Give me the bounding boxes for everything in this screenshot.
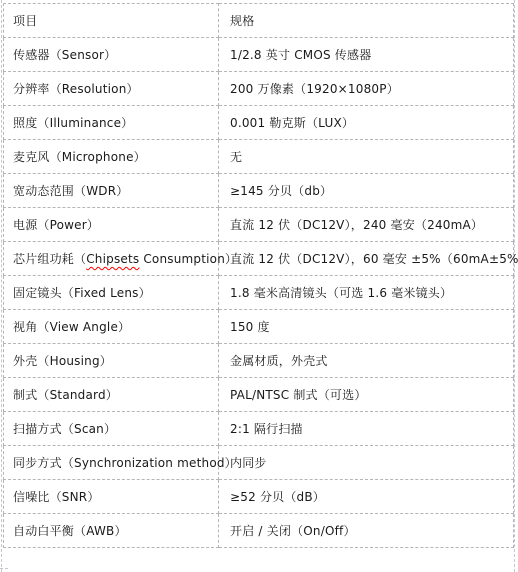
spec-item-cell: 电源（Power）	[4, 208, 219, 242]
spec-value-cell: 2:1 隔行扫描	[219, 412, 514, 446]
spec-value-cell: 内同步	[219, 446, 514, 480]
spec-item-cell: 照度（Illuminance）	[4, 106, 219, 140]
spec-value-cell: ≥145 分贝（db）	[219, 174, 514, 208]
spec-value-cell: 无	[219, 140, 514, 174]
item-text-suffix: Consumption）	[139, 252, 237, 266]
spec-value-cell: 金属材质，外壳式	[219, 344, 514, 378]
table-row-standard: 制式（Standard） PAL/NTSC 制式（可选）	[4, 378, 514, 412]
table-row-illuminance: 照度（Illuminance） 0.001 勒克斯（LUX）	[4, 106, 514, 140]
misspelled-word: Chipsets	[86, 252, 139, 266]
table-row-fixed-lens: 固定镜头（Fixed Lens） 1.8 毫米高清镜头（可选 1.6 毫米镜头）	[4, 276, 514, 310]
spec-value-cell: 1/2.8 英寸 CMOS 传感器	[219, 38, 514, 72]
table-row-scan: 扫描方式（Scan） 2:1 隔行扫描	[4, 412, 514, 446]
spec-value-cell: 200 万像素（1920×1080P）	[219, 72, 514, 106]
table-row-chipsets-consumption: 芯片组功耗（Chipsets Consumption） 直流 12 伏（DC12…	[4, 242, 514, 276]
spec-item-cell: 信噪比（SNR）	[4, 480, 219, 514]
spec-item-cell: 麦克风（Microphone）	[4, 140, 219, 174]
table-row-wdr: 宽动态范围（WDR） ≥145 分贝（db）	[4, 174, 514, 208]
spec-item-cell: 视角（View Angle）	[4, 310, 219, 344]
text-boundary-corner	[0, 568, 8, 569]
spec-value-cell: 直流 12 伏（DC12V），240 毫安（240mA）	[219, 208, 514, 242]
table-row-resolution: 分辨率（Resolution） 200 万像素（1920×1080P）	[4, 72, 514, 106]
spec-value-cell: 直流 12 伏（DC12V），60 毫安 ±5%（60mA±5%）	[219, 242, 514, 276]
text-boundary-right	[514, 0, 515, 572]
spec-item-cell: 外壳（Housing）	[4, 344, 219, 378]
table-row-awb: 自动白平衡（AWB） 开启 / 关闭（On/Off）	[4, 514, 514, 548]
spec-item-cell: 同步方式（Synchronization method）	[4, 446, 219, 480]
text-boundary-left	[1, 0, 2, 572]
header-item-cell: 项目	[4, 4, 219, 38]
spec-value-cell: PAL/NTSC 制式（可选）	[219, 378, 514, 412]
spec-item-cell: 固定镜头（Fixed Lens）	[4, 276, 219, 310]
spec-value-cell: ≥52 分贝（dB）	[219, 480, 514, 514]
spec-table: 项目 规格 传感器（Sensor） 1/2.8 英寸 CMOS 传感器 分辨率（…	[3, 3, 514, 548]
table-row-sync-method: 同步方式（Synchronization method） 内同步	[4, 446, 514, 480]
spec-item-cell: 扫描方式（Scan）	[4, 412, 219, 446]
item-text-prefix: 芯片组功耗（	[13, 252, 86, 266]
table-row-microphone: 麦克风（Microphone） 无	[4, 140, 514, 174]
spec-item-cell: 传感器（Sensor）	[4, 38, 219, 72]
spec-value-cell: 1.8 毫米高清镜头（可选 1.6 毫米镜头）	[219, 276, 514, 310]
spec-item-cell: 宽动态范围（WDR）	[4, 174, 219, 208]
spec-item-cell: 制式（Standard）	[4, 378, 219, 412]
spec-value-cell: 开启 / 关闭（On/Off）	[219, 514, 514, 548]
spec-value-cell: 150 度	[219, 310, 514, 344]
table-row-view-angle: 视角（View Angle） 150 度	[4, 310, 514, 344]
table-row-housing: 外壳（Housing） 金属材质，外壳式	[4, 344, 514, 378]
table-row-power: 电源（Power） 直流 12 伏（DC12V），240 毫安（240mA）	[4, 208, 514, 242]
spec-item-cell: 自动白平衡（AWB）	[4, 514, 219, 548]
spec-item-cell: 芯片组功耗（Chipsets Consumption）	[4, 242, 219, 276]
table-row-snr: 信噪比（SNR） ≥52 分贝（dB）	[4, 480, 514, 514]
table-row-sensor: 传感器（Sensor） 1/2.8 英寸 CMOS 传感器	[4, 38, 514, 72]
table-header-row: 项目 规格	[4, 4, 514, 38]
header-spec-cell: 规格	[219, 4, 514, 38]
spec-value-cell: 0.001 勒克斯（LUX）	[219, 106, 514, 140]
spec-item-cell: 分辨率（Resolution）	[4, 72, 219, 106]
document-page: 项目 规格 传感器（Sensor） 1/2.8 英寸 CMOS 传感器 分辨率（…	[0, 0, 518, 572]
